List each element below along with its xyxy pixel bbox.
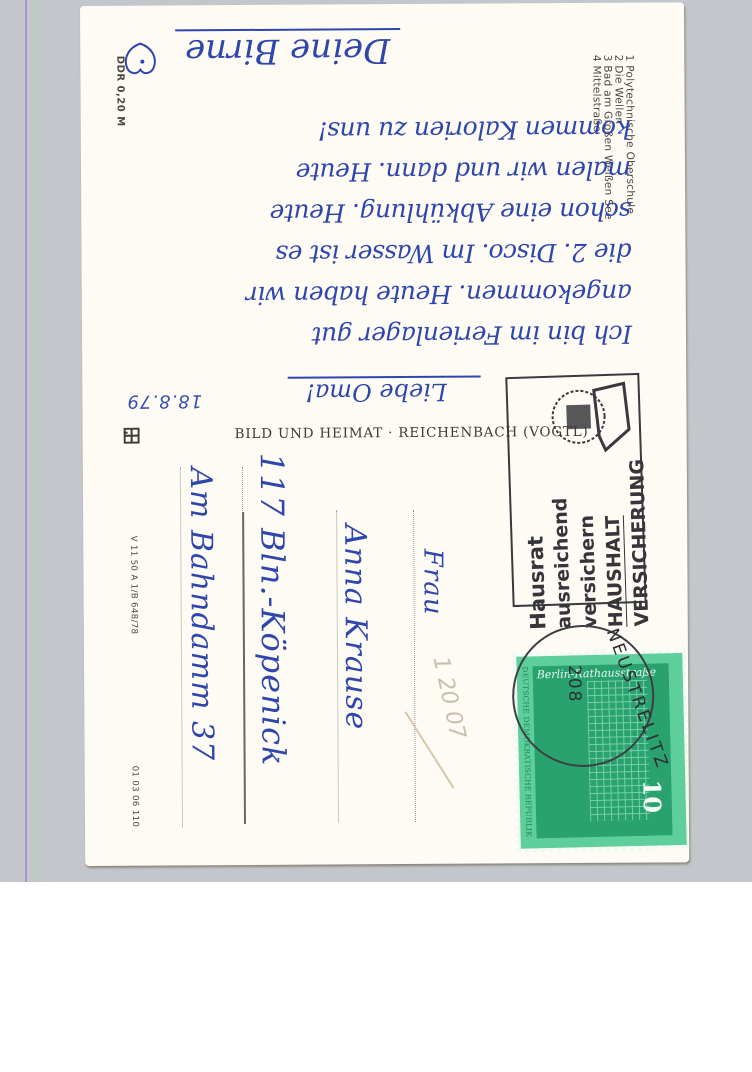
advertising-text: Hausrat ausreichend versichern HAUSHALT … [520,459,655,631]
scanner-streak [33,0,35,882]
message-line: die 2. Disco. Im Wasser ist es [91,232,631,276]
message-body: Ich bin im Ferienlager gut angekommen. H… [90,25,632,358]
postcard-back: 1 Polytechnische Oberschule 2 Die Wellen… [80,2,689,866]
address-line-4: Am Bahndamm 37 [183,467,220,761]
address-line-1: Frau [417,549,447,616]
publisher-logo-icon [124,428,140,444]
order-code: 01 03 06 110 [130,766,140,828]
advertising-cancellation: Hausrat ausreichend versichern HAUSHALT … [505,373,646,607]
message-line: kommen Kalorien zu uns! [91,109,631,153]
insurance-emblem-icon [543,379,631,456]
message-line: Ich bin im Ferienlager gut [92,314,632,358]
greeting: Liebe Oma! [287,376,481,407]
message-line: angekommen. Heute haben wir [92,273,632,317]
message-line: schon eine Abkühlung. Heute [91,191,631,235]
address-line-2: Anna Krause [337,524,373,730]
address-line [413,510,416,822]
postmark-code: 208 [564,665,584,704]
handwritten-date: 18.8.79 [126,390,202,411]
pencil-note: 1 20 07 [428,654,470,741]
message-line: malen wir und dann. Heute [91,150,631,194]
stamp-value: 10 [637,779,667,813]
divider-dotted [242,467,243,513]
message-address-divider [242,512,246,824]
print-code: V 11 50 A 1/B 648/78 [128,536,139,635]
scanner-streak [25,0,27,882]
address-line-3: 117 Bln.-Köpenick [253,453,293,767]
